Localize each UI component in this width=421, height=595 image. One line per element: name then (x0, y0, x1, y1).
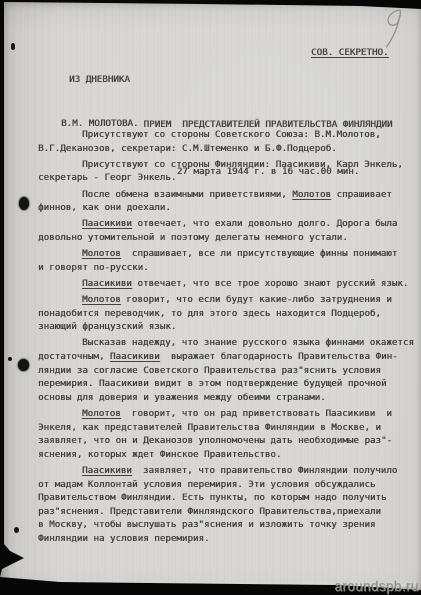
text-segment: заявляет, что правительство Финляндии по… (132, 465, 398, 476)
text-line: Молотов говорит, что он рад приветствова… (38, 407, 405, 421)
text-line: Паасикиви отвечает, что ехали довольно д… (38, 217, 405, 231)
text-line: знающий французский язык. (38, 320, 405, 334)
paragraph: Паасикиви заявляет, что правительство Фи… (38, 464, 405, 546)
hole-punch-dot (19, 197, 29, 210)
text-line: Высказав надежду, что знание русского яз… (38, 336, 405, 350)
text-segment: В.Г.Деканозов, секретари: С.М.Штеменко и… (38, 143, 337, 154)
text-segment: понадобится переводчик, то для этого зде… (38, 308, 381, 319)
text-line: финнов, как они доехали. (38, 201, 405, 215)
text-line: Паасикиви заявляет, что правительство Фи… (38, 464, 405, 478)
text-segment: Высказав надежду, что знание русского яз… (82, 337, 414, 348)
text-line: и говорят по-русски. (38, 261, 405, 275)
ink-speck (11, 43, 15, 50)
underlined-speaker-name: Молотов (82, 408, 121, 419)
text-line: Присутствуют со стороны Советского Союза… (38, 128, 405, 142)
underlined-speaker-name: Паасикиви (82, 465, 132, 476)
text-line: Молотов спрашивает, все ли присутствующи… (38, 247, 405, 261)
text-line: ляндии за согласие Советского Правительс… (38, 364, 405, 378)
ink-speck (14, 527, 19, 533)
text-segment: отвечает, что все трое хорошо знают русс… (132, 278, 409, 289)
text-line: яснения, которых ждет Финское Правительс… (38, 448, 405, 462)
underlined-speaker-name: Паасикиви (110, 351, 160, 362)
text-segment: спрашивает (331, 189, 392, 200)
text-line: от мадам Коллонтай условия перемирия. Эт… (38, 478, 405, 492)
text-segment: раз"яснения. Представители Финляндского … (38, 506, 381, 517)
text-line: основы для доверия и уважения между обеи… (38, 391, 405, 405)
text-segment: довольно утомительной и поэтому делегаты… (38, 232, 348, 243)
classification-stamp: СОВ. СЕКРЕТНО. (311, 47, 388, 58)
text-line: довольно утомительной и поэтому делегаты… (38, 231, 405, 245)
text-segment: Присутствуют со стороны Советского Союза… (82, 129, 381, 140)
paragraph: После обмена взаимными приветствиями, Мо… (38, 188, 405, 215)
document-body: Присутствуют со стороны Советского Союза… (38, 128, 405, 548)
text-line: заявляет, что он и Деканозов уполномочен… (38, 434, 405, 448)
document-page: ИЗ ДНЕВНИКА В.М. МОЛОТОВА. СОВ. СЕКРЕТНО… (0, 0, 421, 595)
text-segment: говорит, что он рад приветствовать Пааси… (121, 408, 392, 419)
text-segment: выражает благодарность Правительства Фин… (160, 351, 398, 362)
underlined-speaker-name: Паасикиви (82, 278, 132, 289)
handwritten-page-number-icon (381, 6, 405, 50)
text-line: понадобится переводчик, то для этого зде… (38, 307, 405, 321)
text-segment: и говорят по-русски. (38, 262, 149, 273)
watermark: aroundspb.ru (335, 579, 419, 594)
text-segment: Финляндии на условия перемирия. (38, 533, 209, 544)
text-segment: отвечает, что ехали довольно долго. Доро… (132, 218, 398, 229)
paragraph: Присутствуют со стороны Советского Союза… (38, 128, 405, 155)
text-segment: основы для доверия и уважения между обеи… (38, 392, 326, 403)
text-line: достаточным, Паасикиви выражает благодар… (38, 350, 405, 364)
text-segment: заявляет, что он и Деканозов уполномочен… (38, 435, 392, 446)
text-segment: знающий французский язык. (38, 321, 176, 332)
text-segment: секретарь - Георг Энкель. (38, 172, 176, 183)
text-segment: яснения, которых ждет Финское Правительс… (38, 449, 281, 460)
text-line: Молотов говорит, что если будут какие-ли… (38, 293, 405, 307)
text-segment: перемирия. Паасикиви видит в этом подтве… (38, 378, 386, 389)
text-segment: достаточным, (38, 351, 110, 362)
scanned-document: ИЗ ДНЕВНИКА В.М. МОЛОТОВА. СОВ. СЕКРЕТНО… (0, 0, 421, 595)
text-segment: спрашивает, все ли присутствующие финны … (121, 248, 398, 259)
text-segment: Присутствуют со стороны Финляндии: Пааси… (82, 159, 403, 170)
paragraph: Высказав надежду, что знание русского яз… (38, 336, 405, 404)
underlined-speaker-name: Молотов (82, 248, 121, 259)
text-segment: Энкеля, как представителей Правительства… (38, 422, 381, 433)
text-line: секретарь - Георг Энкель. (38, 171, 405, 185)
text-segment: в Москву, чтобы выслушать раз"яснения и … (38, 519, 375, 530)
paragraph: Молотов спрашивает, все ли присутствующи… (38, 247, 405, 274)
paragraph: Молотов говорит, что если будут какие-ли… (38, 293, 405, 334)
text-line: Присутствуют со стороны Финляндии: Пааси… (38, 158, 405, 172)
ink-speck (8, 357, 12, 361)
text-line: В.Г.Деканозов, секретари: С.М.Штеменко и… (38, 142, 405, 156)
text-line: Правительством Финляндии. Есть пункты, п… (38, 491, 405, 505)
hole-punch-dot (18, 359, 29, 371)
text-segment: финнов, как они доехали. (38, 202, 171, 213)
text-segment: После обмена взаимными приветствиями, (82, 189, 292, 200)
text-segment: Правительством Финляндии. Есть пункты, п… (38, 492, 386, 503)
underlined-speaker-name: Молотов (82, 294, 121, 305)
text-segment: говорит, что если будут какие-либо затру… (121, 294, 392, 305)
text-line: раз"яснения. Представители Финляндского … (38, 505, 405, 519)
text-line: в Москву, чтобы выслушать раз"яснения и … (38, 518, 405, 532)
diary-source-line1: ИЗ ДНЕВНИКА (61, 73, 138, 88)
underlined-speaker-name: Молотов (292, 189, 331, 200)
text-line: Паасикиви отвечает, что все трое хорошо … (38, 277, 405, 291)
text-line: Энкеля, как представителей Правительства… (38, 421, 405, 435)
text-segment: от мадам Коллонтай условия перемирия. Эт… (38, 479, 375, 490)
paragraph: Присутствуют со стороны Финляндии: Пааси… (38, 158, 405, 185)
text-segment: ляндии за согласие Советского Правительс… (38, 365, 381, 376)
paragraph: Паасикиви отвечает, что все трое хорошо … (38, 277, 405, 291)
underlined-speaker-name: Паасикиви (82, 218, 132, 229)
text-line: После обмена взаимными приветствиями, Мо… (38, 188, 405, 202)
paragraph: Паасикиви отвечает, что ехали довольно д… (38, 217, 405, 244)
text-line: перемирия. Паасикиви видит в этом подтве… (38, 377, 405, 391)
text-line: Финляндии на условия перемирия. (38, 532, 405, 546)
paragraph: Молотов говорит, что он рад приветствова… (38, 407, 405, 461)
